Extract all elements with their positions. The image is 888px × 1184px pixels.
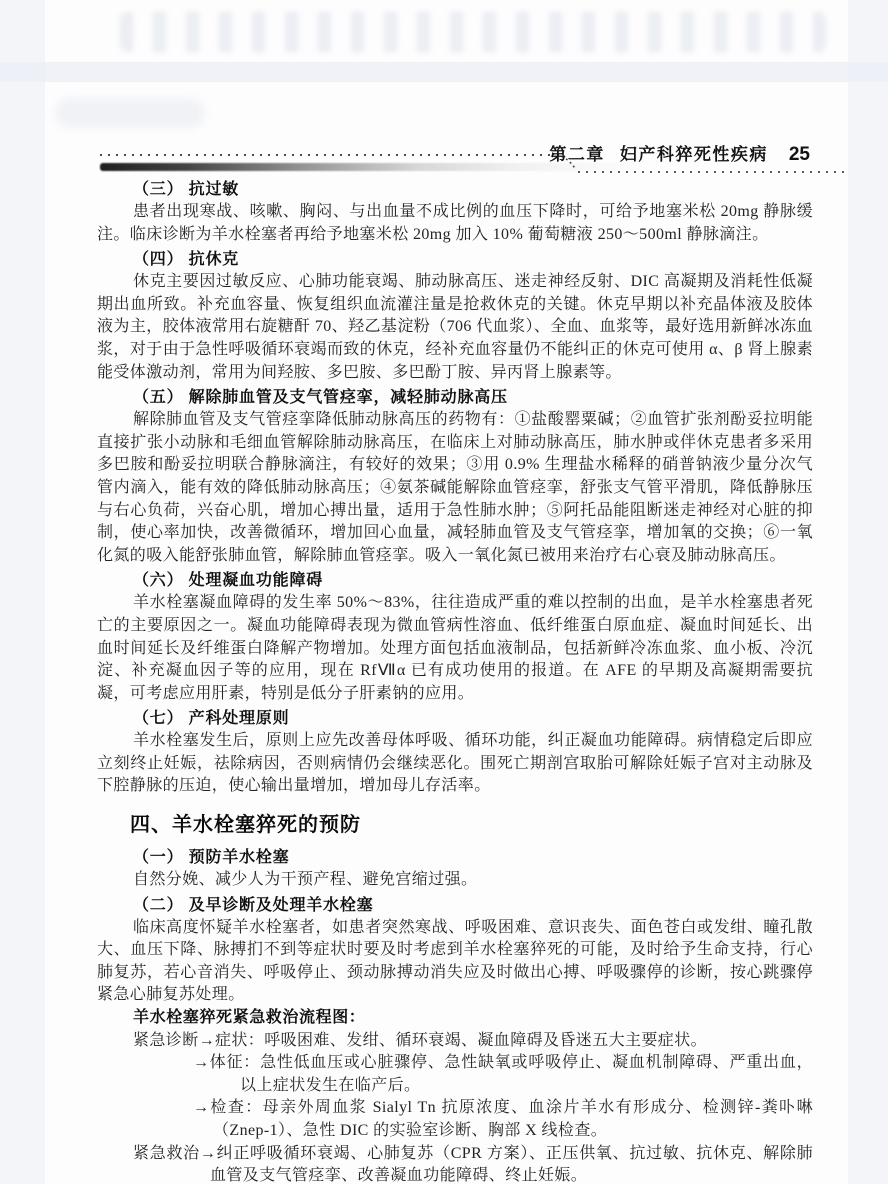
header-title: 妇产科猝死性疾病 [620, 144, 768, 166]
header-page-number: 25 [789, 144, 810, 166]
section-heading-2-early-diagnosis: （二） 及早诊断及处理羊水栓塞 [97, 894, 813, 917]
scan-stripe-artifact [0, 62, 888, 82]
paragraph-anti-allergy: 患者出现寒战、咳嗽、胸闷、与出血量不成比例的血压下降时，可给予地塞米松 20mg… [97, 201, 813, 246]
running-header: 第二章 妇产科猝死性疾病 25 [549, 144, 810, 166]
flow-line-emergency-treatment: 紧急救治→纠正呼吸循环衰竭、心肺复苏（CPR 方案）、正压供氧、抗过敏、抗休克、… [97, 1143, 813, 1184]
section-heading-1-prevent-afe: （一） 预防羊水栓塞 [97, 846, 813, 869]
flowchart-title: 羊水栓塞猝死紧急救治流程图： [97, 1007, 813, 1030]
scanned-book-page: { "header": { "chapter": "第二章", "title":… [0, 0, 888, 1184]
flow-line-signs: →体征：急性低血压或心脏骤停、急性缺氧或呼吸停止、凝血机制障碍、严重出血，以上症… [97, 1052, 813, 1097]
section-heading-4-anti-shock: （四） 抗休克 [97, 248, 813, 271]
page-body-text: （三） 抗过敏 患者出现寒战、咳嗽、胸闷、与出血量不成比例的血压下降时，可给予地… [97, 176, 813, 1184]
chapter-section-heading-prevention: 四、羊水栓塞猝死的预防 [130, 813, 813, 837]
section-heading-3-anti-allergy: （三） 抗过敏 [97, 178, 813, 201]
paragraph-anti-shock: 休克主要因过敏反应、心肺功能衰竭、肺动脉高压、迷走神经反射、DIC 高凝期及消耗… [97, 271, 813, 384]
flow-line-tests: →检查：母亲外周血浆 Sialyl Tn 抗原浓度、血涂片羊水有形成分、检测锌-… [97, 1097, 813, 1142]
header-chapter: 第二章 [549, 144, 605, 166]
paragraph-prevent-afe: 自然分娩、减少人为干预产程、避免宫缩过强。 [97, 869, 813, 892]
paragraph-relieve-spasm: 解除肺血管及支气管痉挛降低肺动脉高压的药物有：①盐酸罂粟碱；②血管扩张剂酚妥拉明… [97, 409, 813, 567]
scan-blob-artifact [55, 98, 205, 128]
section-heading-6-coagulation: （六） 处理凝血功能障碍 [97, 569, 813, 592]
scan-ghost-artifact [120, 12, 826, 52]
section-heading-5-relieve-spasm: （五） 解除肺血管及支气管痉挛，减轻肺动脉高压 [97, 386, 813, 409]
header-dotted-rule-left [100, 154, 550, 156]
header-dotted-rule-right [578, 171, 846, 173]
paragraph-coagulation: 羊水栓塞凝血障碍的发生率 50%～83%，往往造成严重的难以控制的出血，是羊水栓… [97, 592, 813, 705]
paragraph-early-diagnosis: 临床高度怀疑羊水栓塞者，如患者突然寒战、呼吸困难、意识丧失、面色苍白或发绀、瞳孔… [97, 917, 813, 1007]
flow-line-diagnosis-symptoms: 紧急诊断→症状：呼吸困难、发绀、循环衰竭、凝血障碍及昏迷五大主要症状。 [97, 1030, 813, 1053]
section-heading-7-obstetric: （七） 产科处理原则 [97, 707, 813, 730]
paragraph-obstetric: 羊水栓塞发生后，原则上应先改善母体呼吸、循环功能，纠正凝血功能障碍。病情稳定后即… [97, 730, 813, 798]
